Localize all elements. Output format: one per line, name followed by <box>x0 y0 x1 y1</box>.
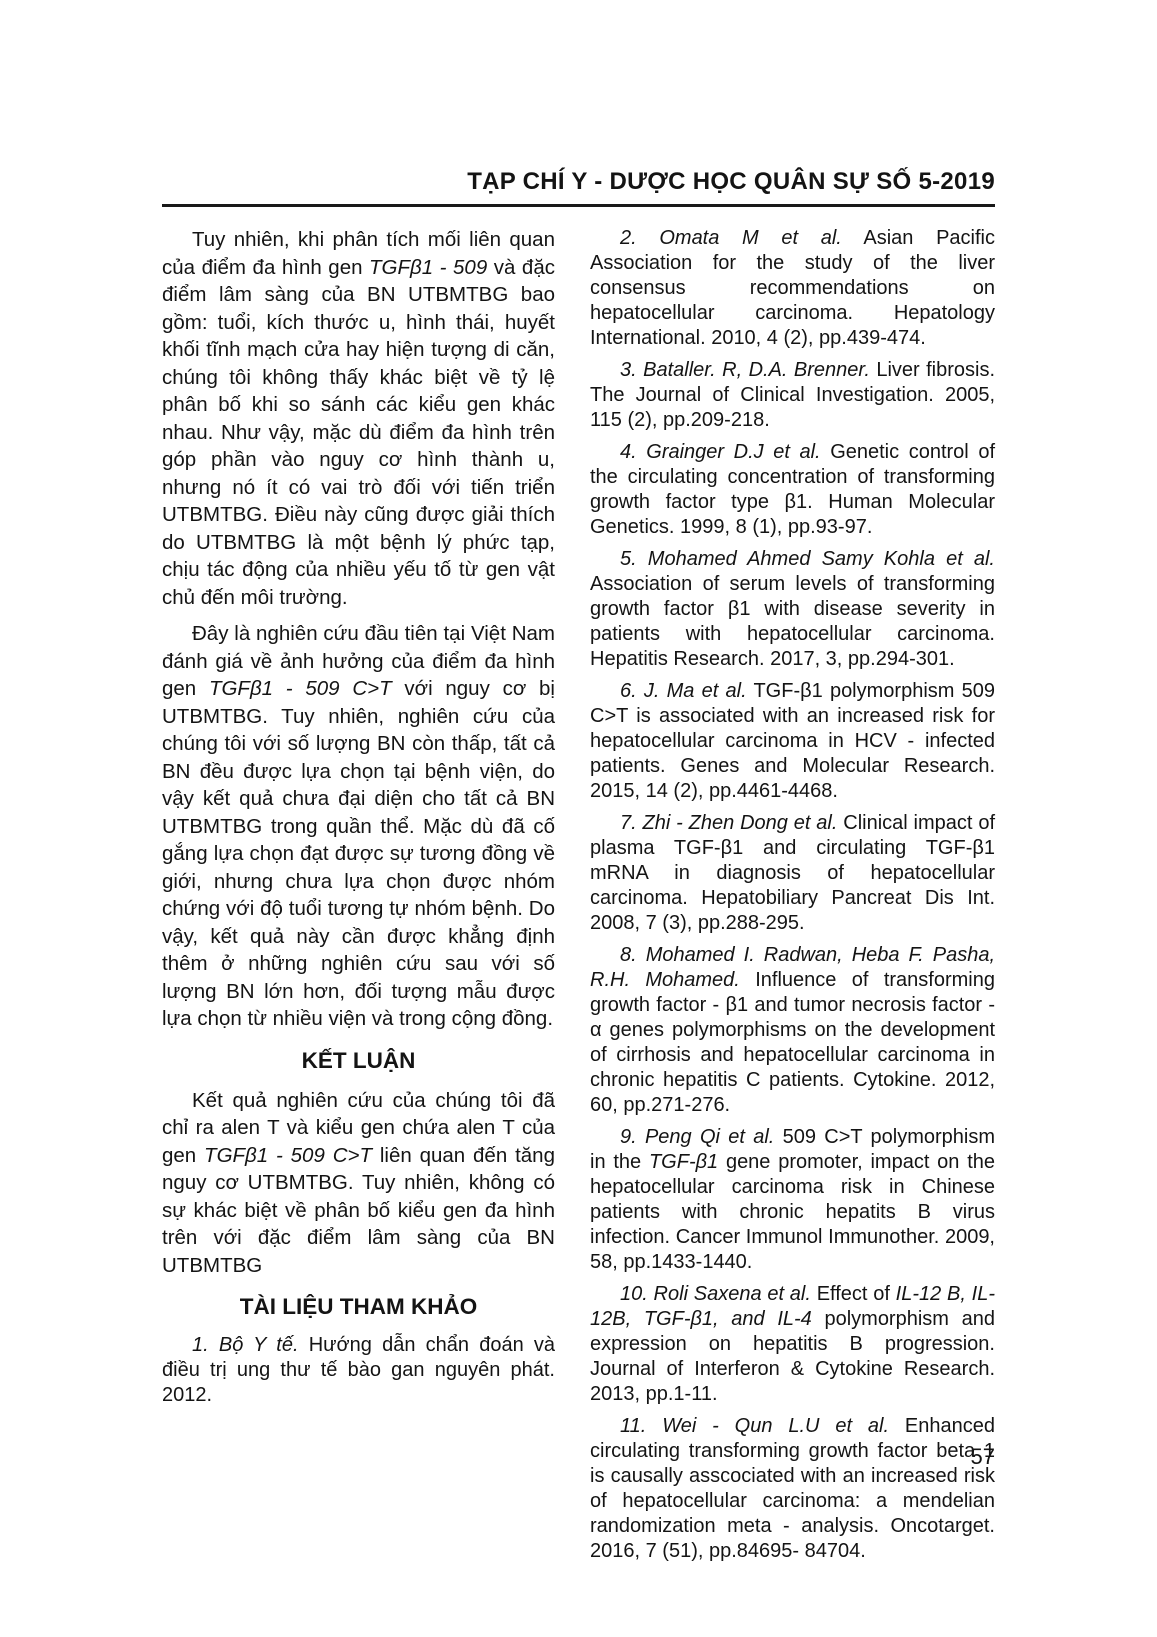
text-segment: KẾT LUẬN <box>302 1048 416 1073</box>
text-segment: Enhanced circulating transforming growth… <box>590 1415 995 1562</box>
reference-item-7: 7. Zhi - Zhen Dong et al. Clinical impac… <box>590 811 995 936</box>
conclusion-heading: KẾT LUẬN <box>162 1047 555 1075</box>
two-column-body: Tuy nhiên, khi phân tích mối liên quan c… <box>162 226 995 1571</box>
page-number: 57 <box>162 1444 995 1470</box>
reference-item-8: 8. Mohamed I. Radwan, Heba F. Pasha, R.H… <box>590 943 995 1118</box>
discussion-paragraph-1: Tuy nhiên, khi phân tích mối liên quan c… <box>162 226 555 611</box>
text-segment: và đặc điểm lâm sàng của BN UTBMTBG bao … <box>162 256 555 609</box>
italic-text-segment: TGF-β1 <box>649 1151 718 1173</box>
italic-text-segment: 4. Grainger D.J et al. <box>620 441 821 463</box>
reference-item-11: 11. Wei - Qun L.U et al. Enhanced circul… <box>590 1414 995 1564</box>
reference-item-2: 2. Omata M et al. Asian Pacific Associat… <box>590 226 995 351</box>
reference-item-5: 5. Mohamed Ahmed Samy Kohla et al. Assoc… <box>590 547 995 672</box>
text-segment: Association of serum levels of transform… <box>590 573 995 670</box>
journal-title: TẠP CHÍ Y - DƯỢC HỌC QUÂN SỰ SỐ 5-2019 <box>162 168 995 196</box>
left-column: Tuy nhiên, khi phân tích mối liên quan c… <box>162 226 555 1415</box>
reference-item-10: 10. Roli Saxena et al. Effect of IL-12 B… <box>590 1282 995 1407</box>
italic-text-segment: 5. Mohamed Ahmed Samy Kohla et al. <box>620 548 995 570</box>
italic-text-segment: 2. Omata M et al. <box>620 227 842 249</box>
reference-item-6: 6. J. Ma et al. TGF-β1 polymorphism 509 … <box>590 679 995 804</box>
references-heading: TÀI LIỆU THAM KHẢO <box>162 1293 555 1321</box>
italic-text-segment: 3. Bataller. R, D.A. Brenner. <box>620 359 870 381</box>
text-segment: Influence of transforming growth factor … <box>590 969 995 1116</box>
italic-text-segment: 10. Roli Saxena et al. <box>620 1283 811 1305</box>
reference-item-4: 4. Grainger D.J et al. Genetic control o… <box>590 440 995 540</box>
text-segment: TÀI LIỆU THAM KHẢO <box>240 1294 477 1319</box>
italic-text-segment: 6. J. Ma et al. <box>620 680 747 702</box>
right-column: 2. Omata M et al. Asian Pacific Associat… <box>590 226 995 1571</box>
italic-text-segment: TGFβ1 - 509 <box>369 256 487 279</box>
conclusion-paragraph: Kết quả nghiên cứu của chúng tôi đã chỉ … <box>162 1087 555 1280</box>
text-segment: Effect of <box>811 1283 896 1305</box>
italic-text-segment: 1. Bộ Y tế. <box>192 1334 299 1356</box>
italic-text-segment: 7. Zhi - Zhen Dong et al. <box>620 812 837 834</box>
discussion-paragraph-2: Đây là nghiên cứu đầu tiên tại Việt Nam … <box>162 620 555 1033</box>
italic-text-segment: TGFβ1 - 509 C>T <box>204 1144 372 1167</box>
italic-text-segment: 9. Peng Qi et al. <box>620 1126 774 1148</box>
header-divider-rule <box>162 204 995 207</box>
text-segment: với nguy cơ bị UTBMTBG. Tuy nhiên, nghiê… <box>162 677 555 1030</box>
reference-item-3: 3. Bataller. R, D.A. Brenner. Liver fibr… <box>590 358 995 433</box>
reference-item-9: 9. Peng Qi et al. 509 C>T polymorphism i… <box>590 1125 995 1275</box>
journal-page: TẠP CHÍ Y - DƯỢC HỌC QUÂN SỰ SỐ 5-2019 T… <box>162 168 995 1571</box>
page-header: TẠP CHÍ Y - DƯỢC HỌC QUÂN SỰ SỐ 5-2019 <box>162 168 995 207</box>
reference-item-1: 1. Bộ Y tế. Hướng dẫn chẩn đoán và điều … <box>162 1333 555 1408</box>
italic-text-segment: 11. Wei - Qun L.U et al. <box>620 1415 889 1437</box>
italic-text-segment: TGFβ1 - 509 C>T <box>209 677 392 700</box>
